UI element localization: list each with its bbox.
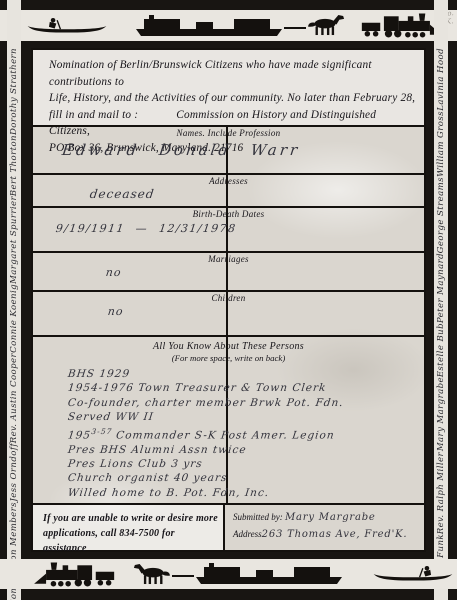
field-value-names: Edward Donald Warr xyxy=(61,141,426,159)
notes-line: Pres BHS Alumni Assn twice xyxy=(67,443,426,457)
field-marriages: Marriages no xyxy=(33,251,424,290)
commission-member-name: Dorothy Strathern xyxy=(9,48,19,135)
field-value-marriages: no xyxy=(105,266,426,279)
left-names-border: Dorothy Strathern Bert Thorton Margaret … xyxy=(7,0,21,600)
notes-line: BHS 1929 xyxy=(67,367,426,381)
right-names-border: Lavinia Hood William Gross George Stream… xyxy=(434,0,448,600)
notes-line: Pres Lions Club 3 yrs xyxy=(67,457,426,471)
field-label-names: Names. Include Profession xyxy=(33,128,424,138)
field-label-marriages: Marriages xyxy=(33,254,424,264)
field-label-children: Children xyxy=(33,293,424,303)
field-value-children: no xyxy=(107,305,426,318)
notes-label: All You Know About These Persons xyxy=(33,341,424,352)
instructions-line2: Life, History, and the Activities of our… xyxy=(49,90,416,107)
address-label: Address xyxy=(233,529,262,539)
address-value: 263 Thomas Ave, Fred'K. xyxy=(262,529,408,540)
notes-line: Served WW II xyxy=(67,410,426,424)
commission-member-name: William Gross xyxy=(436,111,446,177)
commission-member-name: Jess Orndoff xyxy=(9,443,19,502)
commission-member-name: Peter Maynard xyxy=(436,253,446,323)
bottom-decorative-border xyxy=(0,559,457,589)
tow-horse-icon xyxy=(306,13,346,38)
commission-member-name: George Streams xyxy=(436,177,446,253)
canal-barge-icon xyxy=(194,562,344,586)
commission-member-name: Bert Thorton xyxy=(9,135,19,196)
notes-section: All You Know About These Persons (For mo… xyxy=(33,335,424,503)
notes-line: Church organist 40 years xyxy=(67,471,426,485)
submitted-by-label: Submitted by: xyxy=(233,512,283,522)
notes-line: Co-founder, charter member Brwk Pot. Fdn… xyxy=(67,396,426,410)
canal-barge-icon xyxy=(134,14,284,38)
field-children: Children no xyxy=(33,290,424,335)
instructions-line1: Nomination of Berlin/Brunswick Citizens … xyxy=(49,57,416,90)
commission-member-name: Margaret Spurrier xyxy=(9,196,19,284)
field-names: Names. Include Profession Edward Donald … xyxy=(33,125,424,173)
field-value-birth-death: 9/19/1911 — 12/31/1978 xyxy=(55,222,426,235)
field-value-addresses: deceased xyxy=(89,187,426,201)
footer-section: If you are unable to write or desire mor… xyxy=(33,503,424,550)
notes-handwriting: BHS 1929 1954-1976 Town Treasurer & Town… xyxy=(33,367,424,500)
submitted-by-line: Submitted by: Mary Margrabe xyxy=(233,509,422,526)
commission-member-name: Estelle Bub xyxy=(436,323,446,377)
tow-horse-icon xyxy=(132,562,172,587)
submitted-by-value: Mary Margrabe xyxy=(285,512,376,523)
notes-sublabel: (For more space, write on back) xyxy=(33,353,424,363)
form-instructions: Nomination of Berlin/Brunswick Citizens … xyxy=(33,50,424,125)
field-label-birth-death: Birth-Death Dates xyxy=(33,209,424,219)
field-birth-death: Birth-Death Dates 9/19/1911 — 12/31/1978 xyxy=(33,206,424,251)
top-decorative-border: B1 o. GK. xyxy=(0,10,457,41)
commission-member-name: Lavinia Hood xyxy=(436,48,446,111)
tow-line xyxy=(284,27,306,29)
canoe-icon xyxy=(372,563,454,585)
locomotive-icon xyxy=(24,561,116,588)
canoe-icon xyxy=(26,15,108,37)
assistance-line2: applications, call 834-7500 for assistan… xyxy=(43,526,219,556)
commission-member-name: Mary Margrabe xyxy=(436,377,446,451)
notes-line-legion: 1953-57 Commander S-K Post Amer. Legion xyxy=(67,425,426,443)
assistance-line1: If you are unable to write or desire mor… xyxy=(43,511,219,526)
commission-member-name: Rev. Austin Cooper xyxy=(9,353,19,443)
submitted-box: Submitted by: Mary Margrabe Address263 T… xyxy=(225,505,424,550)
commission-member-name: Rev. Ralph Miller xyxy=(436,452,446,534)
assistance-box: If you are unable to write or desire mor… xyxy=(33,505,225,550)
notes-line: 1954-1976 Town Treasurer & Town Clerk xyxy=(67,381,426,395)
nomination-form: Nomination of Berlin/Brunswick Citizens … xyxy=(31,48,426,552)
field-addresses: Addresses deceased xyxy=(33,173,424,206)
field-label-addresses: Addresses xyxy=(33,176,424,186)
commission-member-name: Connie Koenig xyxy=(9,284,19,353)
address-line: Address263 Thomas Ave, Fred'K. xyxy=(233,526,422,543)
tow-line xyxy=(172,575,194,577)
notes-line: Willed home to B. Pot. Fdn, Inc. xyxy=(67,486,426,500)
